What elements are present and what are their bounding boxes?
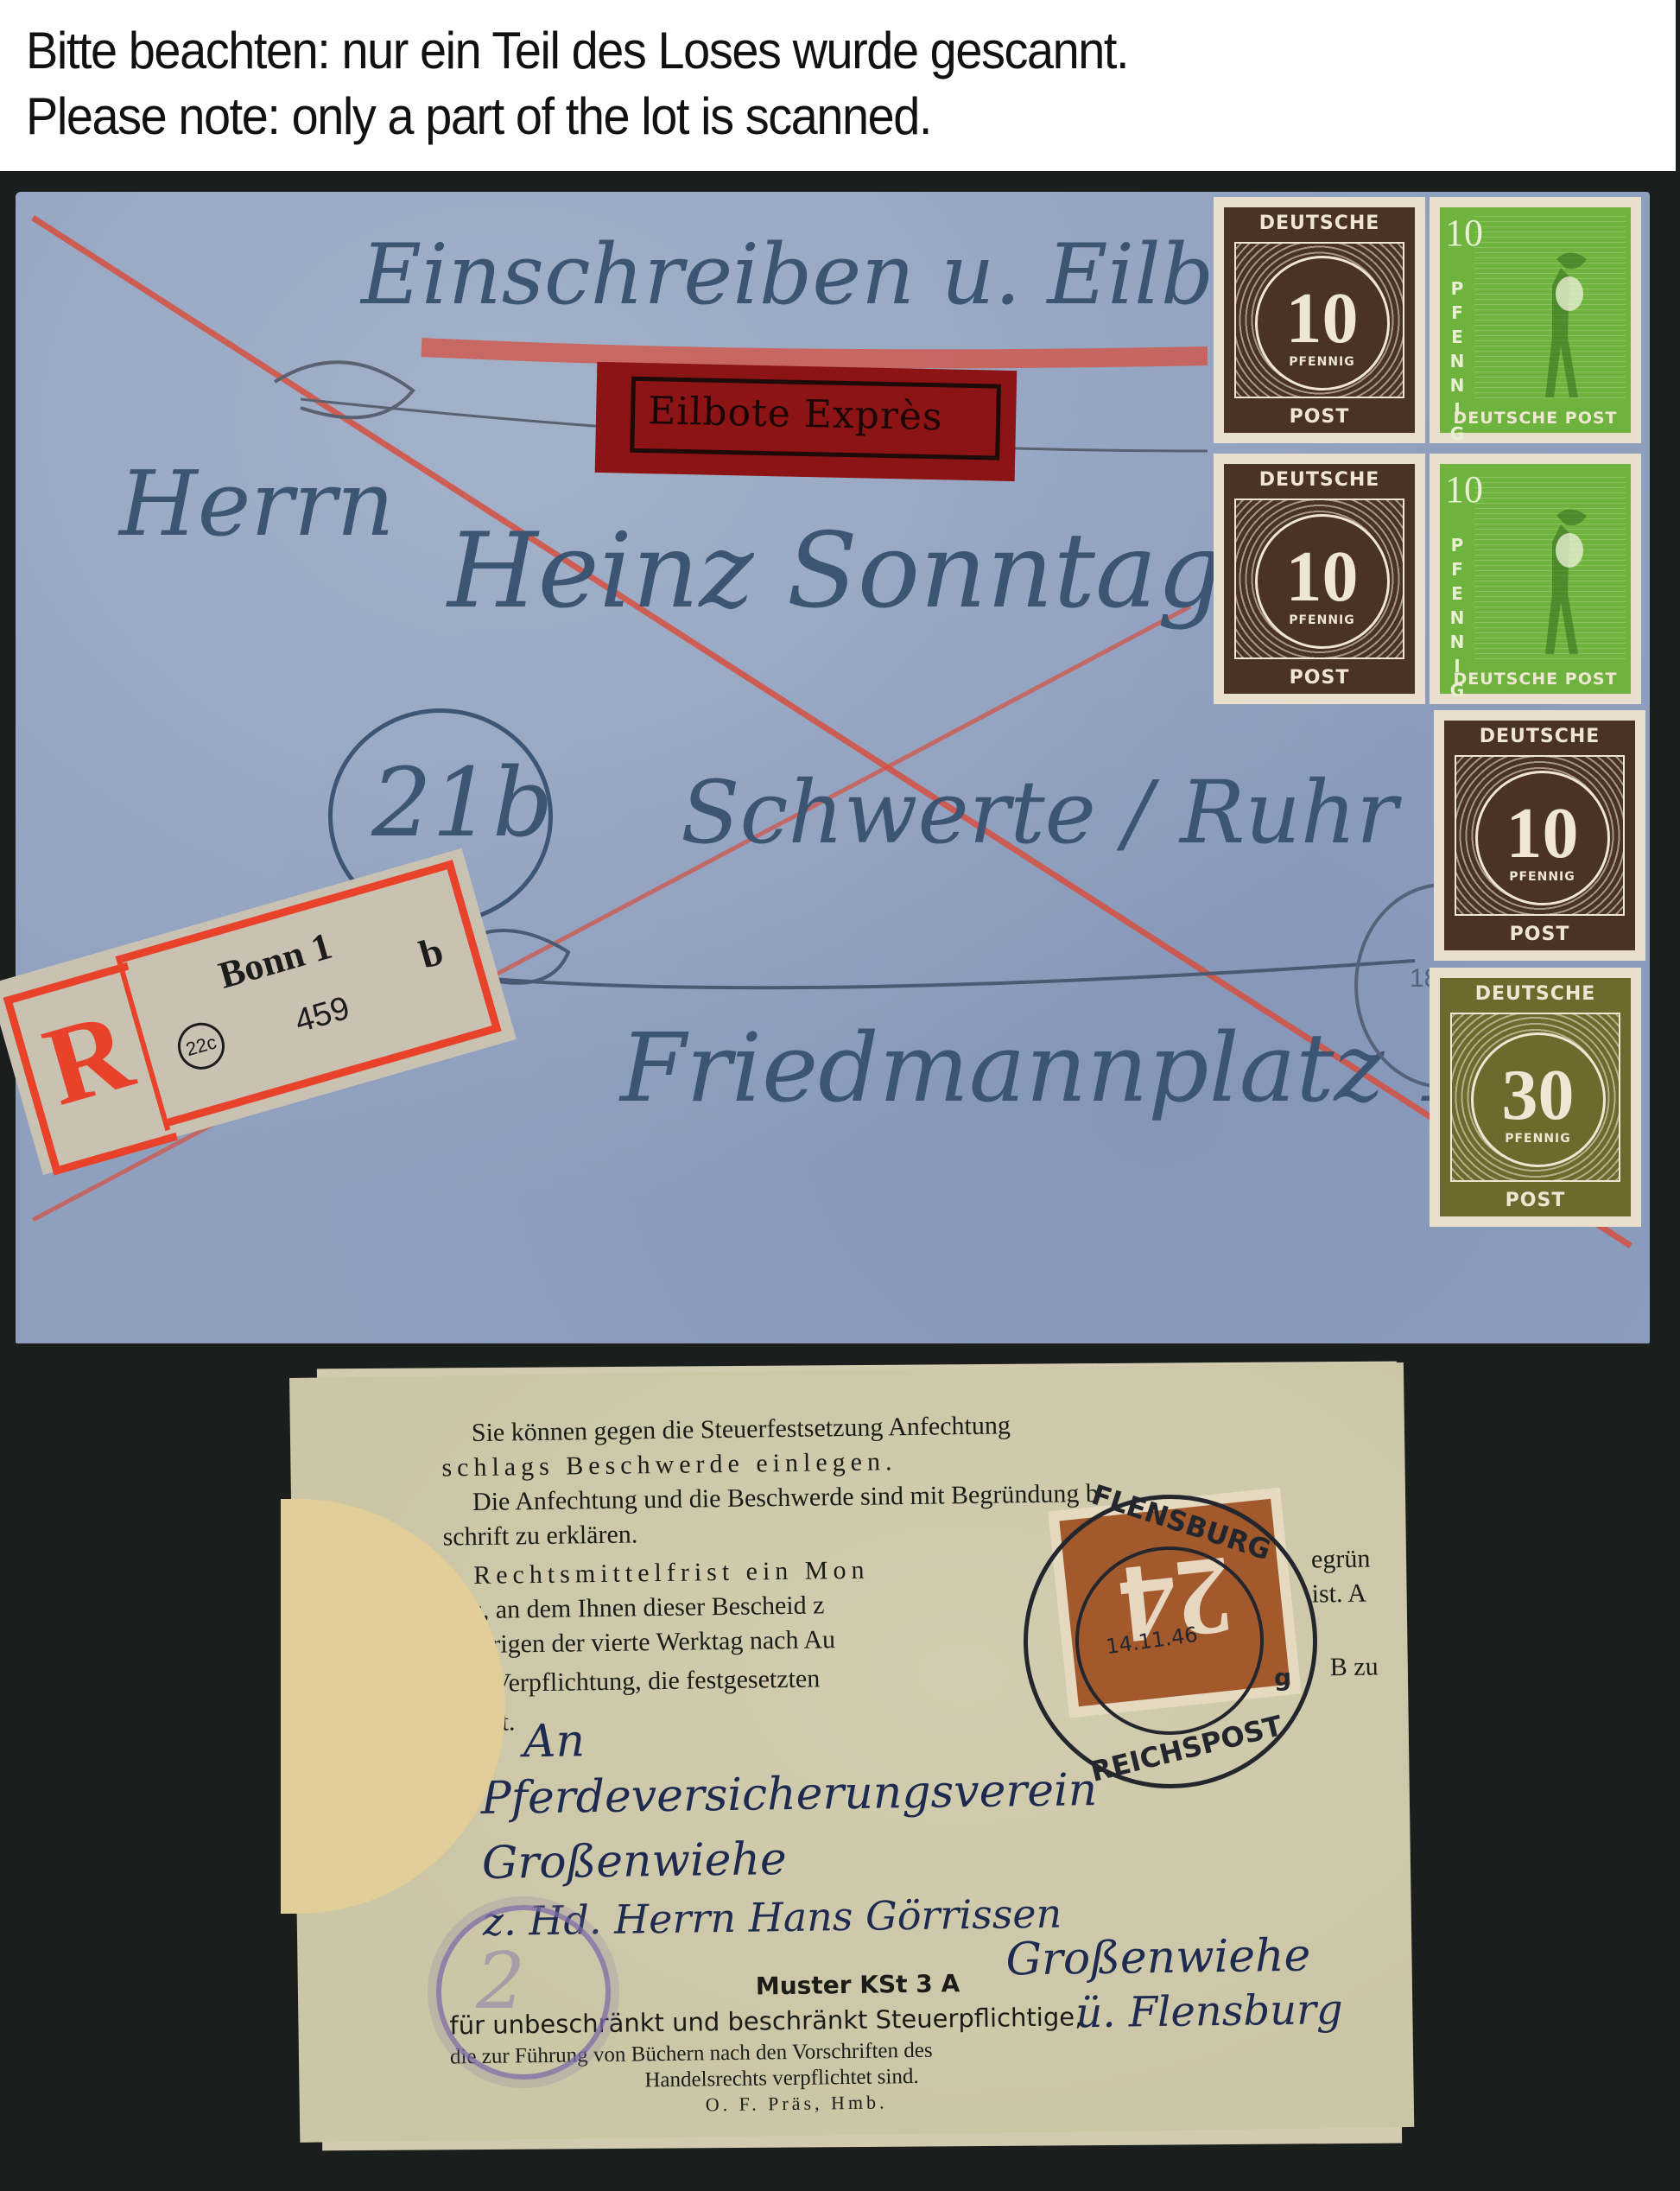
handwritten-addressee: Pferdeversicherungsverein <box>480 1764 1097 1825</box>
sower-figure-icon <box>1518 242 1604 406</box>
printed-line-4: schrift zu erklären. <box>442 1520 637 1552</box>
flensburg-cancellation: FLENSBURG 14.11.46 g REICHSPOST <box>1024 1495 1317 1788</box>
printed-line-8: re Verpflichtung, die festgesetzten <box>466 1664 821 1699</box>
stamp-face: DEUTSCHE10PFENNIGPOST <box>1444 721 1635 950</box>
cancellation-suffix: g <box>1274 1663 1291 1692</box>
stamp-ring: 10PFENNIG <box>1255 514 1390 649</box>
stamp-value: 10 <box>1258 283 1387 355</box>
printed-line-6: ges, an dem Ihnen dieser Bescheid z <box>448 1591 825 1625</box>
printed-line-5: Rechtsmittelfrist ein Mon <box>473 1556 870 1591</box>
stamp-face: DEUTSCHE30PFENNIGPOST <box>1440 978 1631 1216</box>
sower-figure-icon <box>1518 499 1604 663</box>
handwritten-salutation: Herrn <box>119 451 395 556</box>
stamp-unit: PFENNIG <box>1258 613 1387 627</box>
stamp-rosette: 10PFENNIG <box>1455 755 1625 916</box>
stamp-value: 30 <box>1474 1059 1603 1132</box>
printed-line-1: Sie können gegen die Steuerfestsetzung A… <box>472 1411 1011 1448</box>
violet-handstamp: 2 <box>436 1905 611 2080</box>
stamp-10pf-numeral: DEUTSCHE10PFENNIGPOST <box>1214 197 1425 443</box>
stamp-10pf-sower: 10PFENNIGDEUTSCHE POST <box>1430 197 1641 443</box>
printed-line-3: Die Anfechtung und die Beschwerde sind m… <box>472 1479 1099 1517</box>
express-label: Eilbote Exprès <box>595 362 1018 481</box>
printed-line-2: schlags Beschwerde einlegen. <box>441 1447 897 1483</box>
stamp-country: DEUTSCHE <box>1444 726 1635 747</box>
stamp-value: 10 <box>1445 467 1483 511</box>
handwritten-town-2: Großenwiehe <box>1005 1930 1311 1986</box>
stamp-ring: 10PFENNIG <box>1475 771 1610 905</box>
stamp-unit: PFENNIG <box>1474 1132 1603 1146</box>
handwritten-recipient-name: Heinz Sonntag <box>447 511 1223 632</box>
notice-banner: Bitte beachten: nur ein Teil des Loses w… <box>0 0 1676 171</box>
stamp-value: 10 <box>1445 211 1483 255</box>
stamp-country: DEUTSCHE POST <box>1440 409 1631 428</box>
handwritten-street: Friedmannplatz 1 <box>620 1013 1474 1123</box>
stamp-10pf-numeral: DEUTSCHE10PFENNIGPOST <box>1214 454 1425 704</box>
stamp-unit: PFENNIG <box>1258 355 1387 369</box>
stamp-ring: 30PFENNIG <box>1471 1032 1606 1167</box>
stamp-10pf-sower: 10PFENNIGDEUTSCHE POST <box>1430 454 1641 704</box>
printed-line-6b: ist. A <box>1311 1579 1366 1610</box>
stamp-face: 10PFENNIGDEUTSCHE POST <box>1440 464 1631 694</box>
handwritten-via: ü. Flensburg <box>1075 1985 1343 2037</box>
handwritten-town: Großenwiehe <box>481 1833 787 1889</box>
stamp-rosette: 30PFENNIG <box>1450 1013 1620 1182</box>
stamp-country: DEUTSCHE <box>1440 983 1631 1005</box>
notice-english: Please note: only a part of the lot is s… <box>26 86 931 146</box>
stamp-face: DEUTSCHE10PFENNIGPOST <box>1224 464 1415 694</box>
stamp-unit: PFENNIG <box>1478 870 1607 884</box>
stamp-post: POST <box>1440 1190 1631 1211</box>
stamp-face: 10PFENNIGDEUTSCHE POST <box>1440 207 1631 433</box>
stamp-value: 10 <box>1478 797 1607 870</box>
stamp-post: POST <box>1224 406 1415 428</box>
stamp-post: POST <box>1444 924 1635 945</box>
stamp-rosette: 10PFENNIG <box>1234 242 1404 398</box>
stamp-post: POST <box>1224 667 1415 689</box>
notice-german: Bitte beachten: nur ein Teil des Loses w… <box>26 21 1128 80</box>
printed-line-5b: egrün <box>1311 1545 1371 1575</box>
stamp-value: 10 <box>1258 541 1387 613</box>
stamp-country: DEUTSCHE POST <box>1440 670 1631 689</box>
district-code: 21b <box>371 747 553 858</box>
printer-imprint: O. F. Präs, Hmb. <box>706 2091 888 2116</box>
printed-line-8b: B zu <box>1330 1652 1379 1682</box>
handwritten-city: Schwerte / Ruhr <box>681 762 1398 863</box>
handwritten-an: An <box>523 1715 585 1768</box>
express-label-text: Eilbote Exprès <box>648 389 943 439</box>
form-desc-2: Handelsrechts verpflichtet sind. <box>644 2065 919 2093</box>
stamp-country: DEUTSCHE <box>1224 213 1415 234</box>
stamp-ring: 10PFENNIG <box>1255 256 1390 391</box>
stamp-country: DEUTSCHE <box>1224 469 1415 491</box>
stamp-30pf-numeral: DEUTSCHE30PFENNIGPOST <box>1430 968 1641 1227</box>
stamp-rosette: 10PFENNIG <box>1234 499 1404 659</box>
form-title: Muster KSt 3 A <box>756 1969 960 2000</box>
violet-handstamp-mark: 2 <box>476 1936 525 2027</box>
stamp-10pf-numeral: DEUTSCHE10PFENNIGPOST <box>1434 710 1645 961</box>
stamp-face: DEUTSCHE10PFENNIGPOST <box>1224 207 1415 433</box>
printed-line-7: übrigen der vierte Werktag nach Au <box>466 1625 835 1660</box>
